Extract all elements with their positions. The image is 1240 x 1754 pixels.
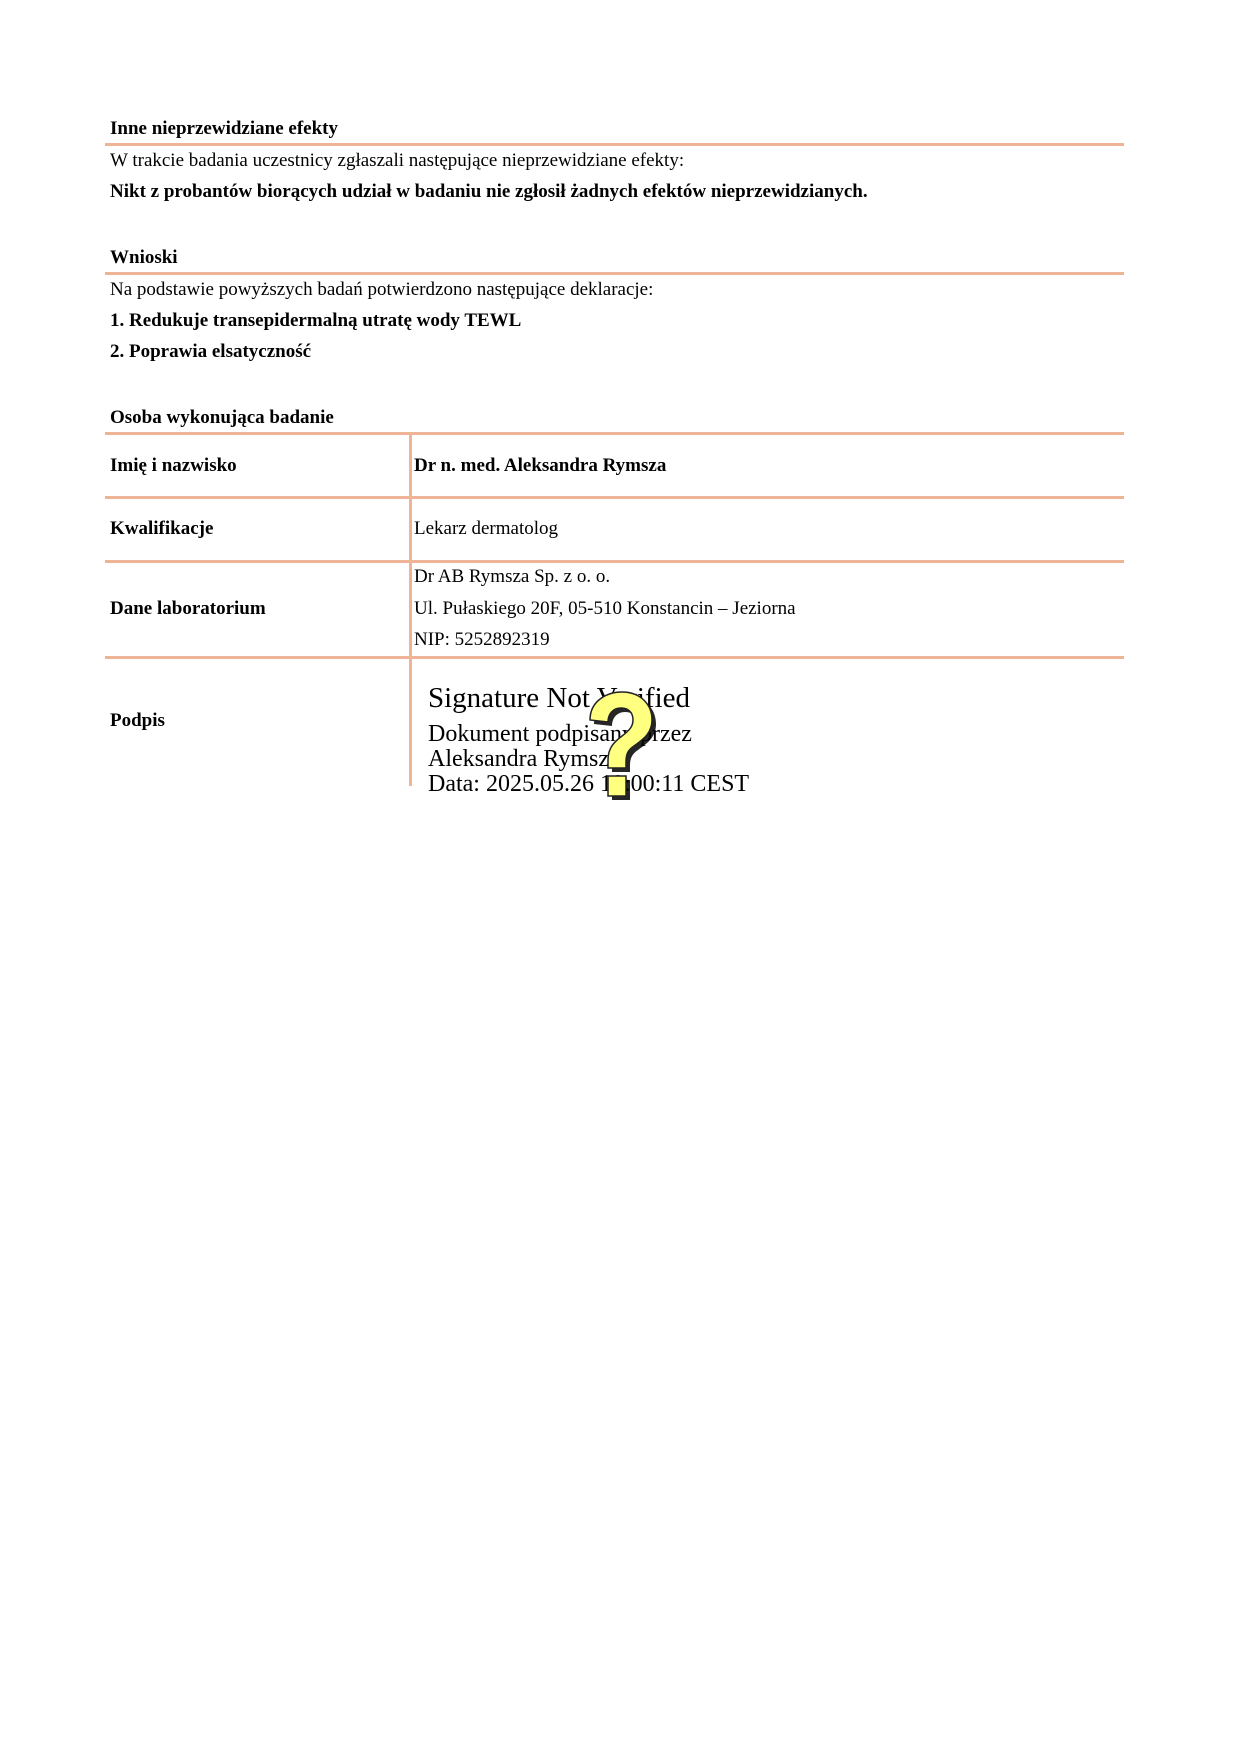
other-effects-statement: Nikt z probantów biorących udział w bada… [110,181,868,203]
row-label-laboratory: Dane laboratorium [110,598,266,620]
section-rule [105,143,1124,146]
conclusions-intro: Na podstawie powyższych badań potwierdzo… [110,279,653,301]
row-value-qualifications: Lekarz dermatolog [414,518,558,540]
laboratory-line: NIP: 5252892319 [414,629,550,651]
row-label-name: Imię i nazwisko [110,455,237,477]
table-rule [105,560,1124,563]
conclusion-item: 2. Poprawia elsatyczność [110,341,311,363]
row-label-qualifications: Kwalifikacje [110,518,213,540]
signature-signer: Aleksandra Rymsza [428,746,620,773]
section-heading-person: Osoba wykonująca badanie [110,407,334,429]
row-label-signature: Podpis [110,710,165,732]
table-rule-top [105,432,1124,435]
signature-date: Data: 2025.05.26 19:00:11 CEST [428,771,749,798]
section-heading-other-effects: Inne nieprzewidziane efekty [110,118,338,140]
signature-signed-by: Dokument podpisany przez [428,721,692,748]
section-heading-conclusions: Wnioski [110,247,178,269]
table-rule [105,496,1124,499]
table-column-divider [409,432,412,786]
row-value-name: Dr n. med. Aleksandra Rymsza [414,455,666,477]
other-effects-intro: W trakcie badania uczestnicy zgłaszali n… [110,150,684,172]
conclusion-item: 1. Redukuje transepidermalną utratę wody… [110,310,521,332]
signature-status: Signature Not Verified [428,682,690,715]
laboratory-line: Dr AB Rymsza Sp. z o. o. [414,566,610,588]
section-rule [105,272,1124,275]
table-rule [105,656,1124,659]
laboratory-line: Ul. Pułaskiego 20F, 05-510 Konstancin – … [414,598,796,620]
document-page: Inne nieprzewidziane efekty W trakcie ba… [0,0,1240,1754]
